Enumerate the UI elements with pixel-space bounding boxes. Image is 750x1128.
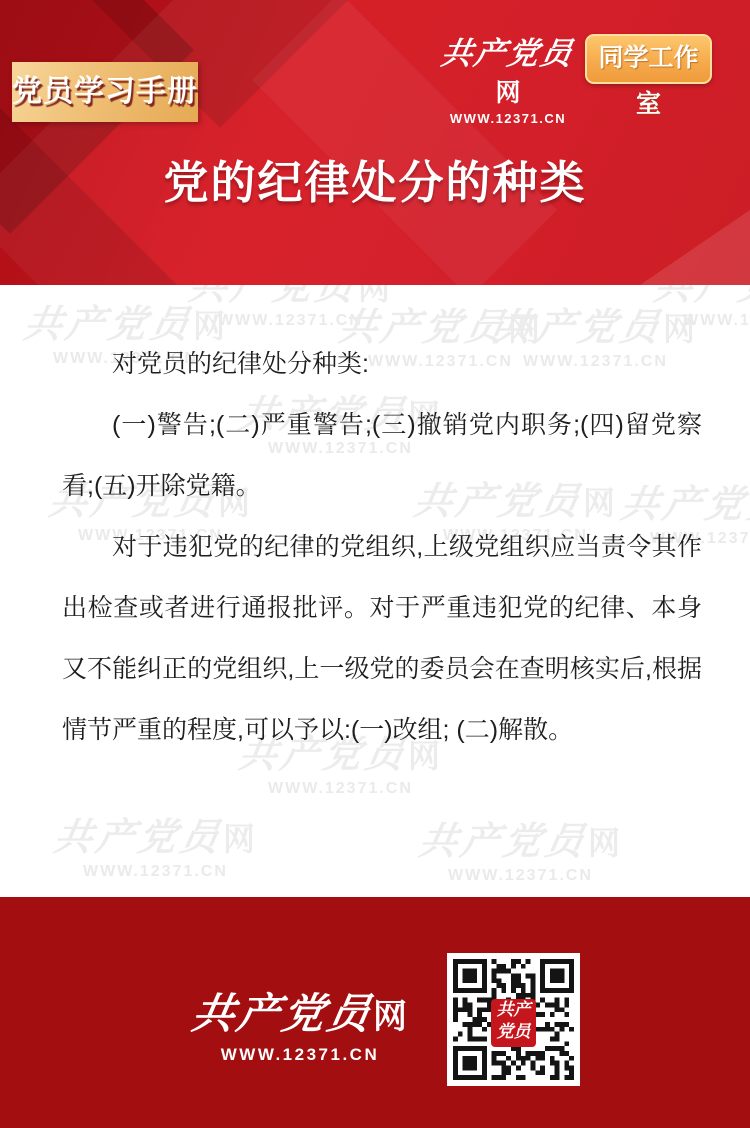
article-text: 对党员的纪律处分种类: (一)警告;(二)严重警告;(三)撤销党内职务;(四)留… <box>0 285 750 761</box>
study-card-page: 共产党员网 WWW.12371.CN 同学工作室 党员学习手册 党的纪律处分的种… <box>0 0 750 1128</box>
qr-center-logo: 共产 党员 <box>491 999 536 1047</box>
watermark-tile: 共产党员网WWW.12371.CN <box>55 806 255 881</box>
header-corner-triangle <box>640 210 750 285</box>
site-logo: 共产党员网 WWW.12371.CN <box>433 28 583 126</box>
header-banner: 共产党员网 WWW.12371.CN 同学工作室 党员学习手册 党的纪律处分的种… <box>0 0 750 285</box>
qr-code: 共产 党员 <box>447 953 580 1086</box>
paragraph: 对于违犯党的纪律的党组织,上级党组织应当责令其作出检查或者进行通报批评。对于严重… <box>62 517 702 761</box>
footer-banner: 共产党员网 WWW.12371.CN 共产 党员 <box>0 897 750 1128</box>
footer-logo-calligraphy: 共产党员网 <box>160 981 440 1041</box>
paragraph: 对党员的纪律处分种类: <box>62 334 702 395</box>
studio-button[interactable]: 同学工作室 <box>585 34 712 84</box>
watermark-tile: 共产党员网WWW.12371.CN <box>420 810 620 885</box>
page-title: 党的纪律处分的种类 <box>0 146 750 211</box>
footer-logo: 共产党员网 WWW.12371.CN <box>160 981 440 1065</box>
footer-logo-url: WWW.12371.CN <box>160 1045 440 1065</box>
paragraph: (一)警告;(二)严重警告;(三)撤销党内职务;(四)留党察看;(五)开除党籍。 <box>62 395 702 517</box>
series-badge: 党员学习手册 <box>12 62 198 122</box>
content-area: 共产党员网WWW.12371.CN共产党员网WWW.12371.CN共产党员网W… <box>0 285 750 897</box>
site-logo-calligraphy: 共产党员网 <box>433 28 583 109</box>
site-logo-url: WWW.12371.CN <box>433 111 583 126</box>
